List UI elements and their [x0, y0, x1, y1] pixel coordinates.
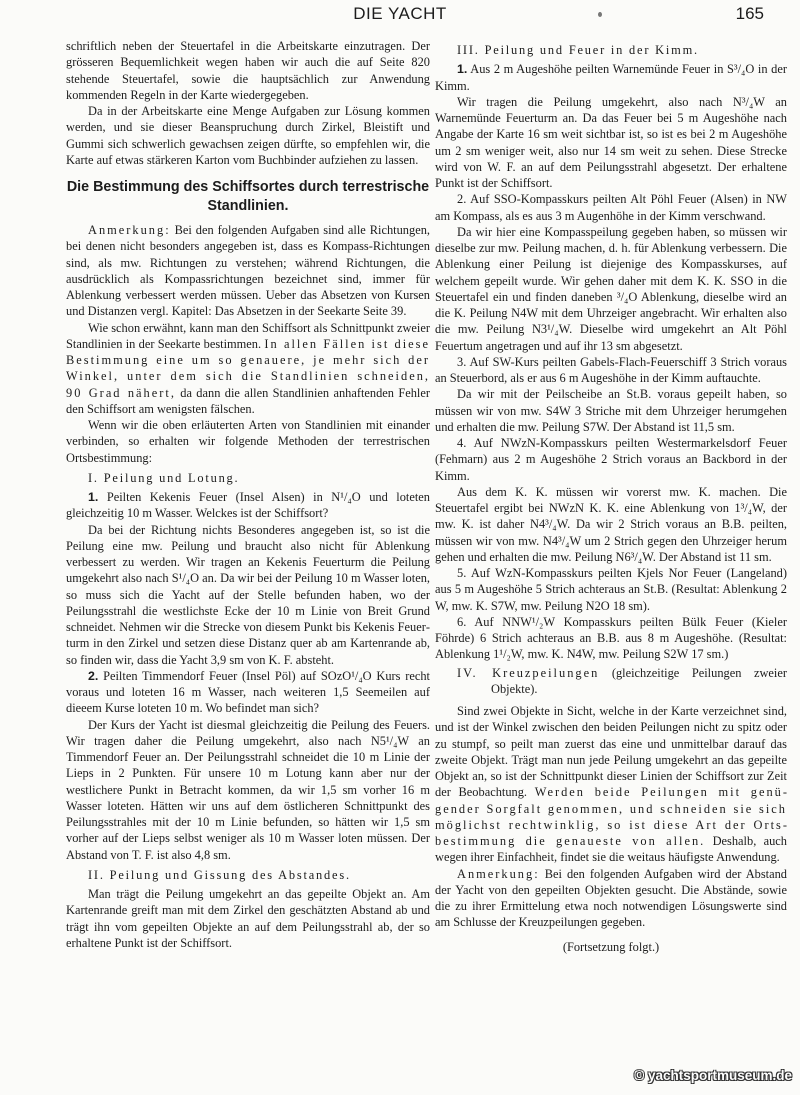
task-number: 2. — [88, 669, 98, 683]
paragraph: Wir tragen die Peilung umgekehrt, also n… — [435, 94, 787, 192]
note-text: Bei den folgenden Aufgaben sind alle Ric… — [66, 223, 430, 318]
task-text: Peilten Timmendorf Feuer (Insel Pöl) auf… — [66, 669, 430, 716]
copyright-watermark: © yachtsportmuseum.de — [634, 1068, 792, 1083]
paragraph: Sind zwei Objekte in Sicht, welche in de… — [435, 703, 787, 866]
paragraph: Aus dem K. K. müssen wir vorerst mw. K. … — [435, 484, 787, 565]
task-text: Peilten Kekenis Feuer (Insel Alsen) in N… — [66, 490, 430, 520]
note-paragraph: Anmerkung: Bei den folgenden Aufgaben wi… — [435, 866, 787, 931]
subsection-label: IV. Kreuzpeilungen — [457, 666, 599, 680]
paragraph: schriftlich neben der Steuertafel in die… — [66, 38, 430, 103]
note-paragraph: Anmerkung: Bei den folgenden Aufgaben si… — [66, 222, 430, 320]
paragraph: Man trägt die Peilung umgekehrt an das g… — [66, 886, 430, 951]
paragraph: Der Kurs der Yacht ist diesmal gleichzei… — [66, 717, 430, 863]
paragraph: Da wir mit der Peilscheibe an St.B. vora… — [435, 386, 787, 435]
continued-notice: (Fortsetzung folgt.) — [435, 939, 787, 955]
page-header: DIE YACHT 165 — [0, 0, 800, 30]
task-paragraph: 2. Auf SSO-Kompasskurs peilten Alt Pöhl … — [435, 191, 787, 224]
paragraph: Da wir hier eine Kompasspeilung gegeben … — [435, 224, 787, 354]
ink-spot — [598, 12, 602, 17]
note-label: Anmerkung: — [88, 223, 171, 237]
section-heading: Die Bestimmung des Schiffsortes durch te… — [66, 178, 430, 216]
running-title: DIE YACHT — [0, 4, 800, 24]
note-label: Anmerkung: — [457, 867, 540, 881]
right-column: III. Peilung und Feuer in der Kimm. 1. A… — [435, 38, 787, 955]
task-paragraph: 1. Aus 2 m Augeshöhe peilten Warnemünde … — [435, 61, 787, 94]
task-paragraph: 1. Peilten Kekenis Feuer (Insel Alsen) i… — [66, 489, 430, 522]
task-text: Aus 2 m Augeshöhe peilten Warnemünde Feu… — [435, 62, 787, 92]
task-number: 1. — [88, 490, 98, 504]
task-number: 1. — [457, 62, 467, 76]
task-paragraph: 5. Auf WzN-Kompasskurs peilten Kjels Nor… — [435, 565, 787, 614]
subsection-heading: III. Peilung und Feuer in der Kimm. — [435, 42, 787, 58]
subsection-heading: II. Peilung und Gissung des Abstandes. — [66, 867, 430, 883]
task-paragraph: 3. Auf SW-Kurs peilten Gabels-Flach-Feue… — [435, 354, 787, 387]
subsection-heading: I. Peilung und Lotung. — [66, 470, 430, 486]
left-column: schriftlich neben der Steuertafel in die… — [66, 38, 430, 951]
task-paragraph: 4. Auf NWzN-Kompasskurs peilten Westerma… — [435, 435, 787, 484]
paragraph: Da bei der Richtung nichts Besonderes an… — [66, 522, 430, 668]
page-number: 165 — [736, 4, 764, 24]
task-paragraph: 6. Auf NNW¹/₂W Kompasskurs peilten Bülk … — [435, 614, 787, 663]
task-paragraph: 2. Peilten Timmendorf Feuer (Insel Pöl) … — [66, 668, 430, 717]
paragraph: Da in der Arbeitskarte eine Menge Aufgab… — [66, 103, 430, 168]
paragraph: Wenn wir die oben erläuterten Arten von … — [66, 417, 430, 466]
paragraph: Wie schon erwähnt, kann man den Schiffso… — [66, 320, 430, 418]
subsection-heading: IV. Kreuzpeilungen (gleichzeitige Peilun… — [435, 665, 787, 698]
